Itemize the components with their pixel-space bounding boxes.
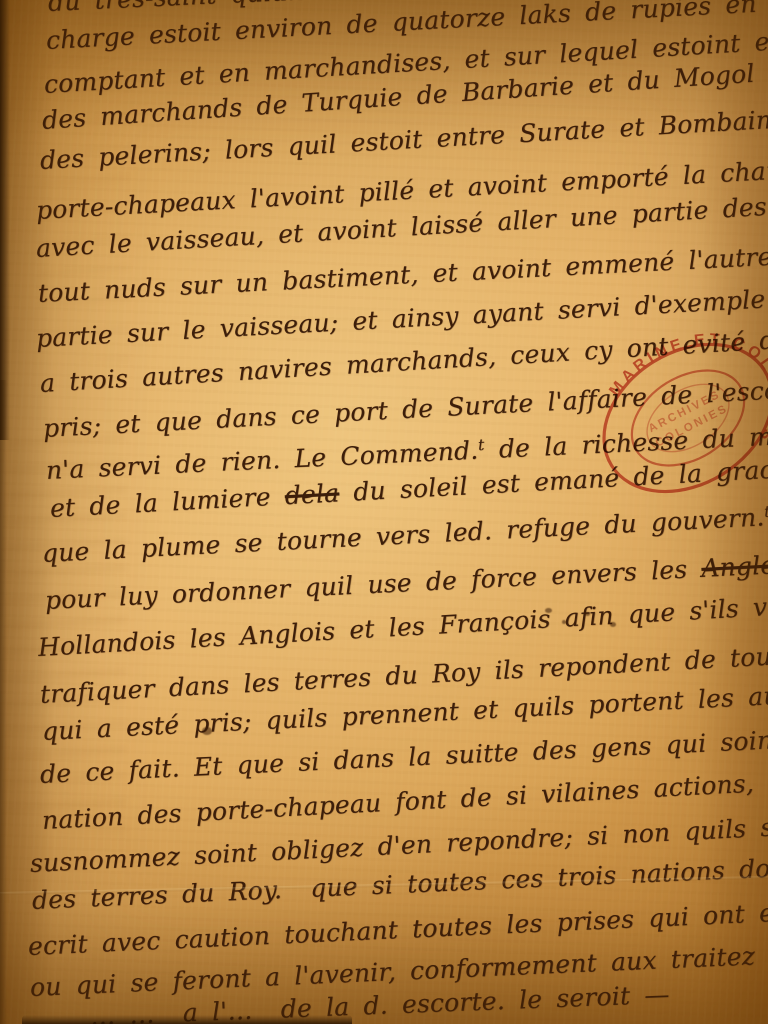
line-segment: t — [764, 503, 768, 521]
ink-speck — [585, 612, 590, 616]
manuscript-page: du tres-saint quiun vaisseau de Hussein … — [0, 0, 768, 1024]
line-segment: dela — [284, 478, 340, 510]
page-edge-shadow-bottom — [22, 1015, 352, 1024]
stamp-center-oval — [635, 370, 741, 465]
ink-speck — [610, 622, 616, 627]
page-edge-shadow-left — [0, 0, 10, 440]
ink-speck — [562, 620, 566, 624]
line-segment: et de la lumiere — [49, 481, 285, 523]
ink-blot — [202, 727, 212, 735]
ink-speck — [545, 608, 552, 613]
page-edge-shadow-left-soft — [0, 380, 7, 1024]
line-segment: Angle ———— — [701, 545, 768, 583]
